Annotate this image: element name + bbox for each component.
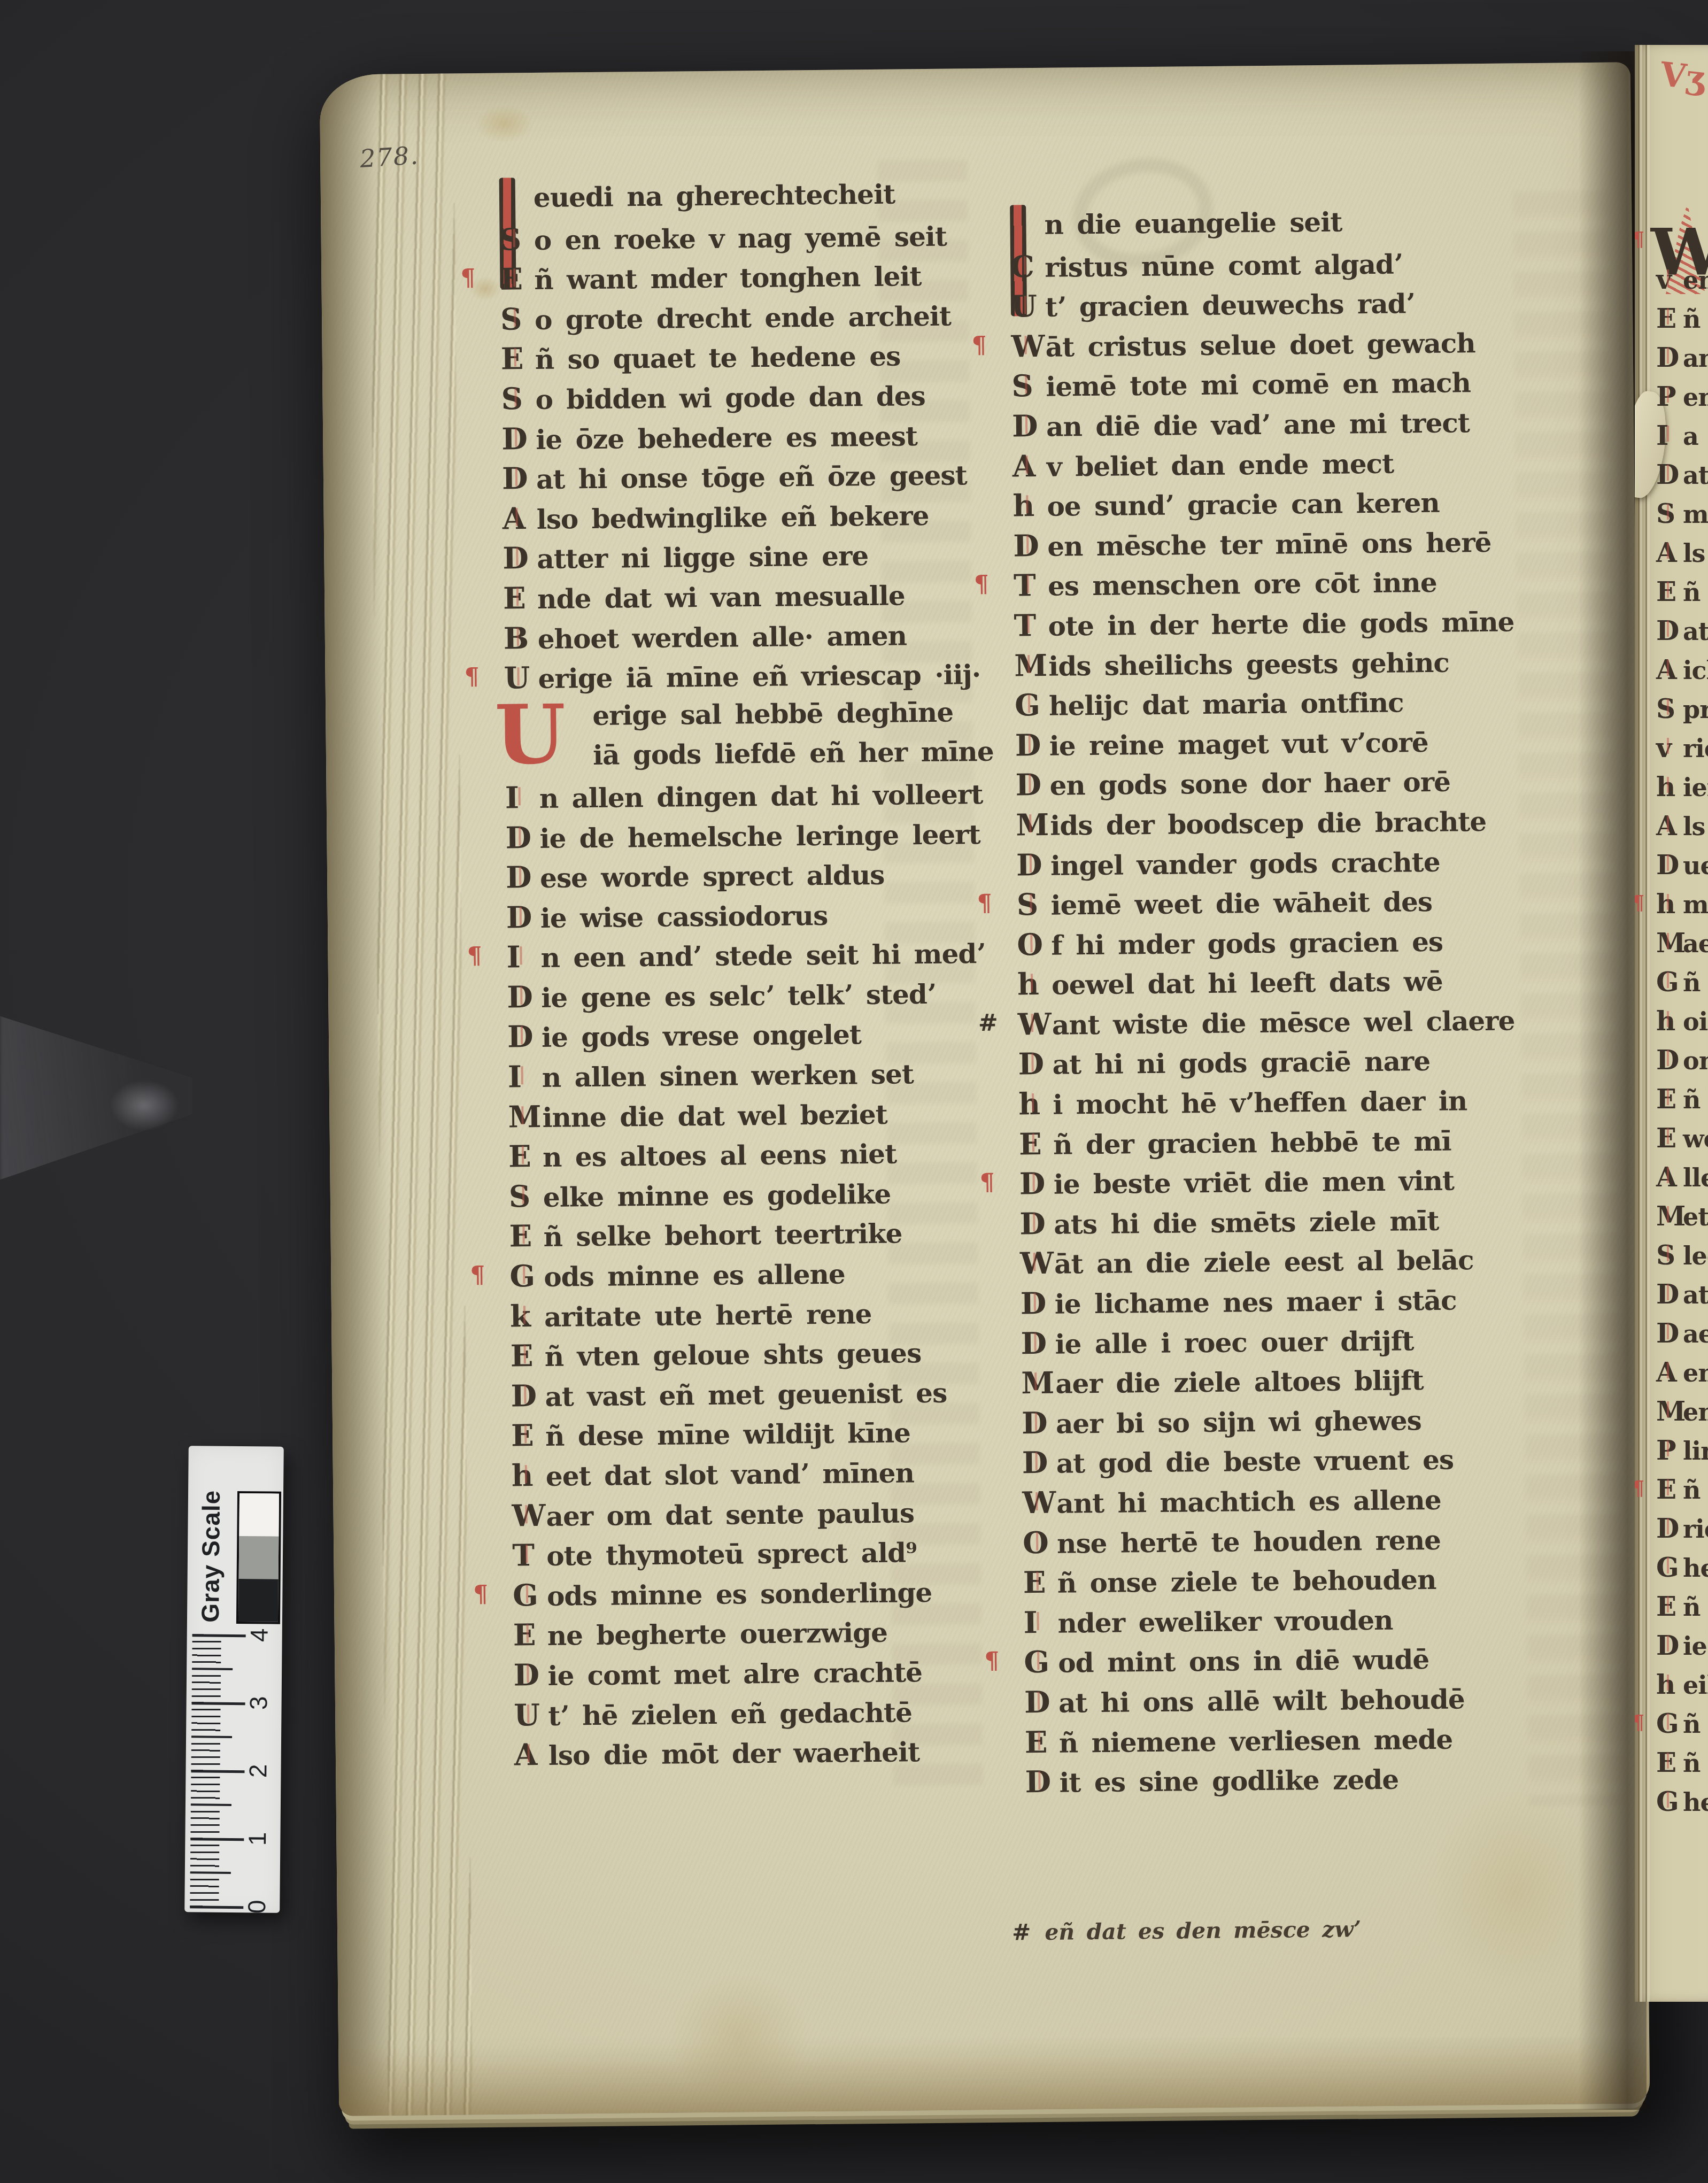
line-initial: E [510,1338,545,1374]
line-initial: D [505,820,540,855]
line-initial: E [1656,576,1683,607]
line-text: ñ sme [1683,305,1708,334]
line-initial: E [501,341,536,377]
line-initial: I [1656,420,1683,451]
line-text: rien [1683,734,1708,763]
text-line: #Want wiste die mēsce wel claere [1018,1002,1519,1047]
line-text: n een andʼ stede seit hi medʼ [540,938,985,974]
line-text: at god die beste vruent es [1056,1444,1454,1479]
folio-number: 278. [359,141,420,173]
line-initial: S [1011,368,1046,404]
line-text: me b [1683,500,1708,529]
manuscript-page: 278. Ieuedi na gherechtecheit So en roek… [320,62,1650,2116]
line-initial: B [504,621,538,657]
line-text: an m [1683,344,1708,373]
line-initial: D [1656,342,1683,373]
text-line-fragment: Alle d [1656,1161,1708,1200]
line-text: at hi [1683,461,1708,490]
text-line-fragment: Ghelou [1656,1786,1708,1825]
line-initial: G [509,1259,544,1294]
line-initial: U [1011,289,1046,325]
line-text: ier o [1683,773,1708,802]
text-line: Also bedwinglike eñ bekere [502,497,991,541]
paragraph-mark: ¶ [977,890,992,917]
line-initial: I [1023,1605,1058,1641]
text-line-fragment: Pline [1656,1434,1708,1474]
line-text: n allen sinen werken set [542,1058,914,1093]
gray-scale-card: Gray Scale 4 3 2 1 0 [184,1446,284,1913]
line-text: ehoet werden alle· amen [538,620,907,655]
line-initial: M [508,1099,543,1135]
text-line: Den gods sone dor haer orē [1015,763,1516,808]
line-text: ie beste vriēt die men vint [1053,1165,1454,1200]
line-text: ingel vander gods crachte [1050,846,1440,881]
line-text: lech [1683,1241,1708,1270]
line-text: erige iā mīne eñ vriescap ·iij· [538,659,980,695]
line-initial: v [1656,732,1683,763]
text-line: Siemē tote mi comē en mach [1011,364,1512,409]
text-line: Wāt an die ziele eest al belāc [1020,1241,1521,1286]
text-line: Dese worde sprect aldus [506,855,995,900]
paragraph-mark: ¶ [467,942,482,969]
text-line: heet dat slot vandʼ mīnen [512,1454,1001,1498]
line-text: prec [1683,695,1708,724]
ruler-major-tick: 1 [190,1838,244,1841]
ruler-major-tick: 4 [192,1634,246,1637]
line-initial: h [1013,488,1047,524]
line-initial: M [1656,927,1683,959]
line-initial: S [500,302,535,337]
line-initial: D [1022,1445,1056,1481]
parchment-stain [475,105,534,143]
text-line: hoewel dat hi leeft dats wē [1017,962,1518,1007]
text-line: ¶Gods minne es allene [509,1254,999,1299]
right-text-column: In die euangelie seit Cristus nūne comt … [1010,204,1525,1804]
text-line: Mids der boodscep die brachte [1016,803,1517,847]
line-initial: v [1656,264,1683,295]
line-text: ote in der herte die gods mīne [1048,606,1514,642]
text-line: Eñ selke behort teertrike [509,1214,998,1259]
line-text: inne die dat wel beziet [542,1098,887,1133]
line-text: oe sundʼ gracie can keren [1047,487,1440,522]
text-line-fragment: ¶Wies b [1656,225,1708,264]
text-line-fragment: Daer v [1656,1317,1708,1356]
line-text: n es altoes al eens niet [543,1138,896,1173]
next-page-text-fragments: ¶Wies b ven eu Eñ sme Dan m Pemte [1656,225,1708,1825]
text-line: Eñ so quaet te hedene es [501,337,990,381]
line-text: ie reine maget vut vʼcorē [1049,727,1428,762]
line-text: o grote drecht ende archeit [535,300,951,335]
line-text: ne begherte ouerzwige [547,1617,887,1652]
text-line: Cristus nūne comt algadʼ [1010,244,1511,289]
text-line-fragment: Dat hi [1656,459,1708,498]
line-text: eilig [1683,1671,1708,1700]
line-text: ñ onse ziele te behouden [1057,1564,1436,1599]
line-initial: D [1021,1286,1055,1322]
line-text: lle d [1683,1163,1708,1192]
line-text: ls m [1683,539,1708,568]
line-text: lso die mōt der waerheit [548,1736,920,1771]
line-text: line [1683,1437,1708,1465]
line-initial: S [1656,498,1683,529]
margin-footnote: #eñ dat es den mēsce zwʼ [1012,1916,1361,1945]
text-line: Dat hi ni gods graciē nare [1018,1042,1519,1087]
gray-scale-label: Gray Scale [196,1490,226,1623]
text-line-fragment: Maer h [1656,927,1708,966]
line-initial: S [1656,1239,1683,1271]
ruler-number: 3 [244,1696,273,1710]
line-text: n allen dingen dat hi volleert [539,778,983,814]
text-line: Ene begherte ouerzwige [513,1613,1002,1657]
line-initial: O [1023,1525,1057,1561]
text-line: Die alle i roec ouer drijft [1021,1321,1521,1366]
line-text: ristus nūne comt algadʼ [1045,248,1403,283]
gray-scale-patches [236,1491,281,1624]
line-initial: T [1014,608,1048,644]
line-text: iemē tote mi comē en mach [1046,367,1471,403]
text-line: Dat hi ons allē wilt behoudē [1024,1680,1525,1725]
line-initial: D [1012,408,1047,444]
line-text: ñ vu [1683,1476,1708,1505]
line-text: ñ so quaet te hedene es [535,341,901,376]
text-line: Onse hertē te houden rene [1023,1521,1524,1565]
paragraph-mark: ¶ [971,331,986,359]
line-initial: U [514,1697,548,1733]
line-initial: D [1024,1685,1059,1721]
text-line: Die ōze behedere es meest [501,416,991,461]
text-line: Die lichame nes maer i stāc [1021,1281,1521,1326]
line-text: onse [1683,1046,1708,1075]
line-text: v beliet dan ende mect [1047,448,1394,482]
line-text: ats hi die smēts ziele mīt [1054,1205,1439,1240]
line-text: ñ vten geloue shts geues [544,1337,921,1372]
text-line: Inder eweliker vrouden [1023,1600,1524,1645]
line-text: at hi ons allē wilt behoudē [1058,1683,1465,1718]
line-initial: W [512,1498,546,1534]
line-text: emte [1683,383,1708,412]
line-text: iā gods liefdē eñ her mīne [593,736,994,771]
paragraph-mark: ¶ [460,264,475,291]
text-line-fragment: Dat w [1656,615,1708,654]
line-initial: G [1656,1786,1683,1817]
ruler-number: 1 [243,1832,272,1846]
line-text: ñ me [1683,1085,1708,1114]
line-initial: I [506,939,541,975]
ruler-medium-tick [191,1735,232,1738]
text-line-fragment: Dat hi [1656,1278,1708,1317]
text-line-fragment: Gñ alt [1656,966,1708,1005]
line-initial: D [1019,1206,1054,1242]
line-text: ñ de [1683,578,1708,607]
text-line: In die euangelie seit [1010,204,1511,249]
line-text: oewel dat hi leeft dats wē [1052,966,1443,1001]
paragraph-mark: # [978,1009,998,1037]
line-text: helijc dat maria ontfinc [1049,687,1404,722]
paragraph-mark: ¶ [473,1580,488,1608]
line-text: ese worde sprect aldus [540,859,885,894]
line-text: ñ selke behort teertrike [543,1218,902,1253]
line-text: ie wise cassiodorus [540,899,828,934]
line-text: ods minne es allene [544,1259,845,1293]
line-initial: I [505,780,539,816]
line-text: ie ōze behedere es meest [536,420,917,456]
line-initial: E [1656,1747,1683,1778]
line-initial: M [1656,1200,1683,1232]
text-line: Die wise cassiodorus [506,895,995,939]
text-line: Eñ dese mīne wildijt kīne [511,1414,1000,1458]
text-line: ¶Gods minne es sonderlinge [513,1573,1002,1618]
text-line-fragment: Slech [1656,1239,1708,1278]
text-line: Daer bi so sijn wi ghewes [1022,1401,1522,1446]
next-page-edge: Vʒ ¶Wies b ven eu Eñ sme Dan m [1635,45,1708,2002]
line-initial: A [1656,537,1683,568]
paragraph-mark: ¶ [1635,1476,1644,1500]
text-line: En es altoes al eens niet [508,1135,998,1179]
line-initial: D [507,979,542,1015]
paragraph-mark: ¶ [984,1647,999,1675]
line-initial: S [509,1179,544,1215]
ruler-number: 4 [244,1628,273,1642]
line-text: nde dat wi van mesualle [537,580,905,615]
line-initial: P [1656,1434,1683,1466]
text-line-fragment: Eñ m [1656,1747,1708,1786]
line-initial: A [1656,654,1683,685]
line-initial: E [1656,1591,1683,1622]
text-line-fragment: Ia selo [1656,420,1708,459]
line-initial: S [499,222,534,258]
line-text: euedi na gherechtecheit [534,179,895,213]
line-initial: M [1016,807,1050,843]
text-line: Minne die dat wel beziet [508,1094,997,1139]
text-line-fragment: ¶Gñ vie [1656,1708,1708,1747]
paragraph-mark: ¶ [974,570,989,598]
line-text: o en roeke v nag yemē seit [534,220,947,256]
text-line: ¶Die beste vriēt die men vint [1019,1162,1520,1207]
line-text: ie comt met alre crachtē [547,1656,922,1692]
line-initial: D [503,541,537,576]
text-line-fragment: Mette [1656,1200,1708,1239]
line-text: oirt [1683,1007,1708,1036]
line-initial: k [510,1299,545,1335]
text-line: Den mēsche ter mīnē ons herē [1013,523,1514,568]
line-text: me e [1683,890,1708,919]
line-text: a selo [1683,422,1708,451]
line-text: f hi mder gods gracien es [1051,925,1443,961]
line-initial: h [1656,771,1683,803]
text-line-fragment: Pemte [1656,381,1708,420]
text-line: Ieuedi na gherechtecheit [499,178,988,222]
text-line: Behoet werden alle· amen [504,616,993,660]
line-text: ñ dese mīne wildijt kīne [545,1417,910,1453]
paragraph-mark: ¶ [1635,227,1644,251]
line-text: nder eweliker vrouden [1057,1604,1393,1639]
line-initial: A [502,501,537,537]
text-line: Dat god die beste vruent es [1022,1441,1522,1486]
ruler-scale: 4 3 2 1 0 [190,1634,277,1909]
line-initial: T [1014,568,1048,604]
text-line: Eñ der gracien hebbē te mī [1019,1122,1520,1167]
text-line-fragment: ven eu [1656,264,1708,303]
text-line: Dats hi die smēts ziele mīt [1019,1201,1520,1246]
text-line-fragment: Ewech [1656,1122,1708,1161]
line-initial: C [1010,249,1045,284]
text-line: ¶Uerige iā mīne eñ vriescap ·iij· [504,656,993,700]
text-line: iā gods liefdē eñ her mīne [505,736,994,780]
line-initial: T [512,1538,547,1573]
text-line: Selke minne es godelike [509,1175,998,1219]
text-line: Ghelijc dat maria ontfinc [1015,683,1516,728]
line-text: it es sine godlike zede [1059,1764,1398,1799]
line-initial: D [1019,1166,1054,1202]
line-initial: D [1013,528,1048,564]
text-line: Datter ni ligge sine ere [503,536,992,581]
line-text: ñ der gracien hebbē te mī [1053,1125,1451,1160]
text-line: ¶Siemē weet die wāheit des [1016,883,1517,928]
text-line-fragment: Ghelo [1656,1552,1708,1591]
text-line-fragment: Eñ de [1656,576,1708,615]
text-line-fragment: Aiche [1656,654,1708,693]
line-initial: h [1656,1005,1683,1037]
line-text: aer h [1683,929,1708,958]
text-line-fragment: ¶hme e [1656,888,1708,927]
paragraph-mark: ¶ [1635,890,1644,914]
text-line-fragment: vrien [1656,732,1708,771]
paragraph-mark: ¶ [470,1261,485,1289]
line-initial: G [513,1578,547,1614]
line-initial: D [506,900,541,936]
text-line-fragment: Als de [1656,810,1708,849]
text-line: Die de hemelsche leringe leert [505,815,994,860]
paragraph-mark: ¶ [979,1169,994,1196]
line-text: ant wiste die mēsce wel claere [1052,1005,1515,1040]
line-initial [505,765,539,766]
line-text: ñ alt [1683,968,1708,997]
line-initial: A [1656,810,1683,842]
text-line: Dat vast eñ met geuenist es [511,1374,1000,1418]
line-initial: h [512,1458,546,1494]
text-line: Utʼ gracien deuwechs radʼ [1011,284,1512,329]
text-line: Die gene es selcʼ telkʼ stedʼ [507,975,996,1020]
text-line: So en roeke v nag yemē seit [499,217,988,261]
text-line: In allen sinen werken set [507,1055,996,1099]
line-text: ie gene es selcʼ telkʼ stedʼ [541,978,936,1014]
line-text: ie gr [1683,1632,1708,1661]
ruler-number: 2 [243,1764,272,1778]
line-text: tʼ gracien deuwechs radʼ [1045,288,1415,323]
text-line-fragment: Aen h [1656,1356,1708,1395]
text-line: ¶Eñ want mder tonghen leit [500,257,989,302]
line-initial: E [500,261,535,297]
line-text: elke minne es godelike [543,1178,891,1213]
line-text: o bidden wi gode dan des [535,380,925,415]
line-initial: D [501,421,536,457]
line-text: en gods sone dor haer orē [1049,766,1450,801]
line-text: eet dat slot vandʼ mīnen [546,1457,915,1492]
line-text: at w [1683,617,1708,646]
text-line: Utʼ hē zielen eñ gedachtē [514,1693,1003,1737]
line-initial: D [1656,1513,1683,1544]
line-initial: E [1023,1565,1058,1601]
line-initial: W [1011,329,1046,365]
text-line-fragment: Sme b [1656,498,1708,537]
line-text: od mint ons in diē wudē [1058,1644,1429,1679]
text-line: Eñ onse ziele te behouden [1023,1561,1524,1606]
line-initial: D [507,1019,542,1055]
line-initial: A [1656,1161,1683,1193]
text-line: Dit es sine godlike zede [1025,1760,1526,1805]
text-line: Eñ vten geloue shts geues [510,1334,999,1378]
line-text: tʼ hē zielen eñ gedachtē [548,1696,912,1732]
text-line-fragment: Sprec [1656,693,1708,732]
paragraph-mark: ¶ [464,663,479,690]
line-initial: D [1016,847,1051,883]
text-line: Also die mōt der waerheit [514,1733,1003,1777]
line-text: en mēsche ter mīnē ons herē [1047,527,1491,562]
line-text: aer om dat sente paulus [546,1497,914,1532]
text-line: Want hi machtich es allene [1022,1480,1523,1525]
line-text: ie alle i roec ouer drijft [1055,1325,1413,1360]
line-initial: E [1019,1126,1054,1162]
line-initial: D [1656,1278,1683,1310]
line-initial: D [1656,1044,1683,1076]
ruler-medium-tick [192,1668,233,1670]
line-text: ñ niemene verliesen mede [1058,1723,1452,1758]
manuscript-photo-scene: 278. Ieuedi na gherechtecheit So en roek… [0,0,1708,2183]
text-line: ¶Tes menschen ore cōt inne [1014,564,1514,608]
line-text: atter ni ligge sine ere [537,540,868,575]
line-text: aer v [1683,1320,1708,1348]
line-text: ids der boodscep die brachte [1050,806,1487,842]
line-text: ñ want mder tonghen leit [534,260,922,296]
line-text: iche [1683,656,1708,685]
patch-gray [239,1536,279,1579]
line-text: rie p [1683,1515,1708,1544]
line-text: iemē weet die wāheit des [1050,886,1432,921]
patch-black [238,1579,279,1622]
line-initial: G [1656,1552,1683,1583]
line-initial: E [1024,1724,1059,1760]
line-text: erige sal hebbē deghīne [592,696,953,731]
line-text: wech [1683,1124,1708,1153]
line-initial: P [1656,381,1683,412]
text-line: Eñ niemene verliesen mede [1024,1720,1525,1765]
line-text: aer die ziele altoes blijft [1055,1364,1424,1400]
text-line: Die comt met alre crachtē [513,1653,1002,1698]
line-text: āt an die ziele eest al belāc [1054,1245,1474,1281]
line-initial: S [1656,693,1683,724]
text-line: Mids sheilichs geests gehinc [1014,643,1515,688]
text-line-fragment: ¶Eñ vu [1656,1474,1708,1513]
ruler-medium-tick [191,1803,231,1806]
line-initial: G [1656,966,1683,998]
line-initial: I [507,1059,542,1095]
line-initial: E [1656,1474,1683,1505]
line-initial: D [1656,615,1683,646]
line-text: nse hertē te houden rene [1057,1524,1441,1559]
text-line-fragment: hoirt [1656,1005,1708,1044]
line-initial: D [1022,1406,1056,1441]
line-text: an diē die vadʼ ane mi trect [1046,407,1470,443]
line-initial: S [501,381,536,417]
line-text: enig [1683,1398,1708,1426]
line-text: at hi onse tōge eñ ōze geest [536,459,967,495]
line-text: ids sheilichs geests gehinc [1048,646,1449,682]
text-line: Av beliet dan ende mect [1013,444,1513,489]
line-initial: D [1656,1317,1683,1349]
line-initial: E [1656,1122,1683,1154]
footnote-text: eñ dat es den mēsce zwʼ [1045,1916,1361,1945]
line-initial: D [1021,1325,1055,1361]
